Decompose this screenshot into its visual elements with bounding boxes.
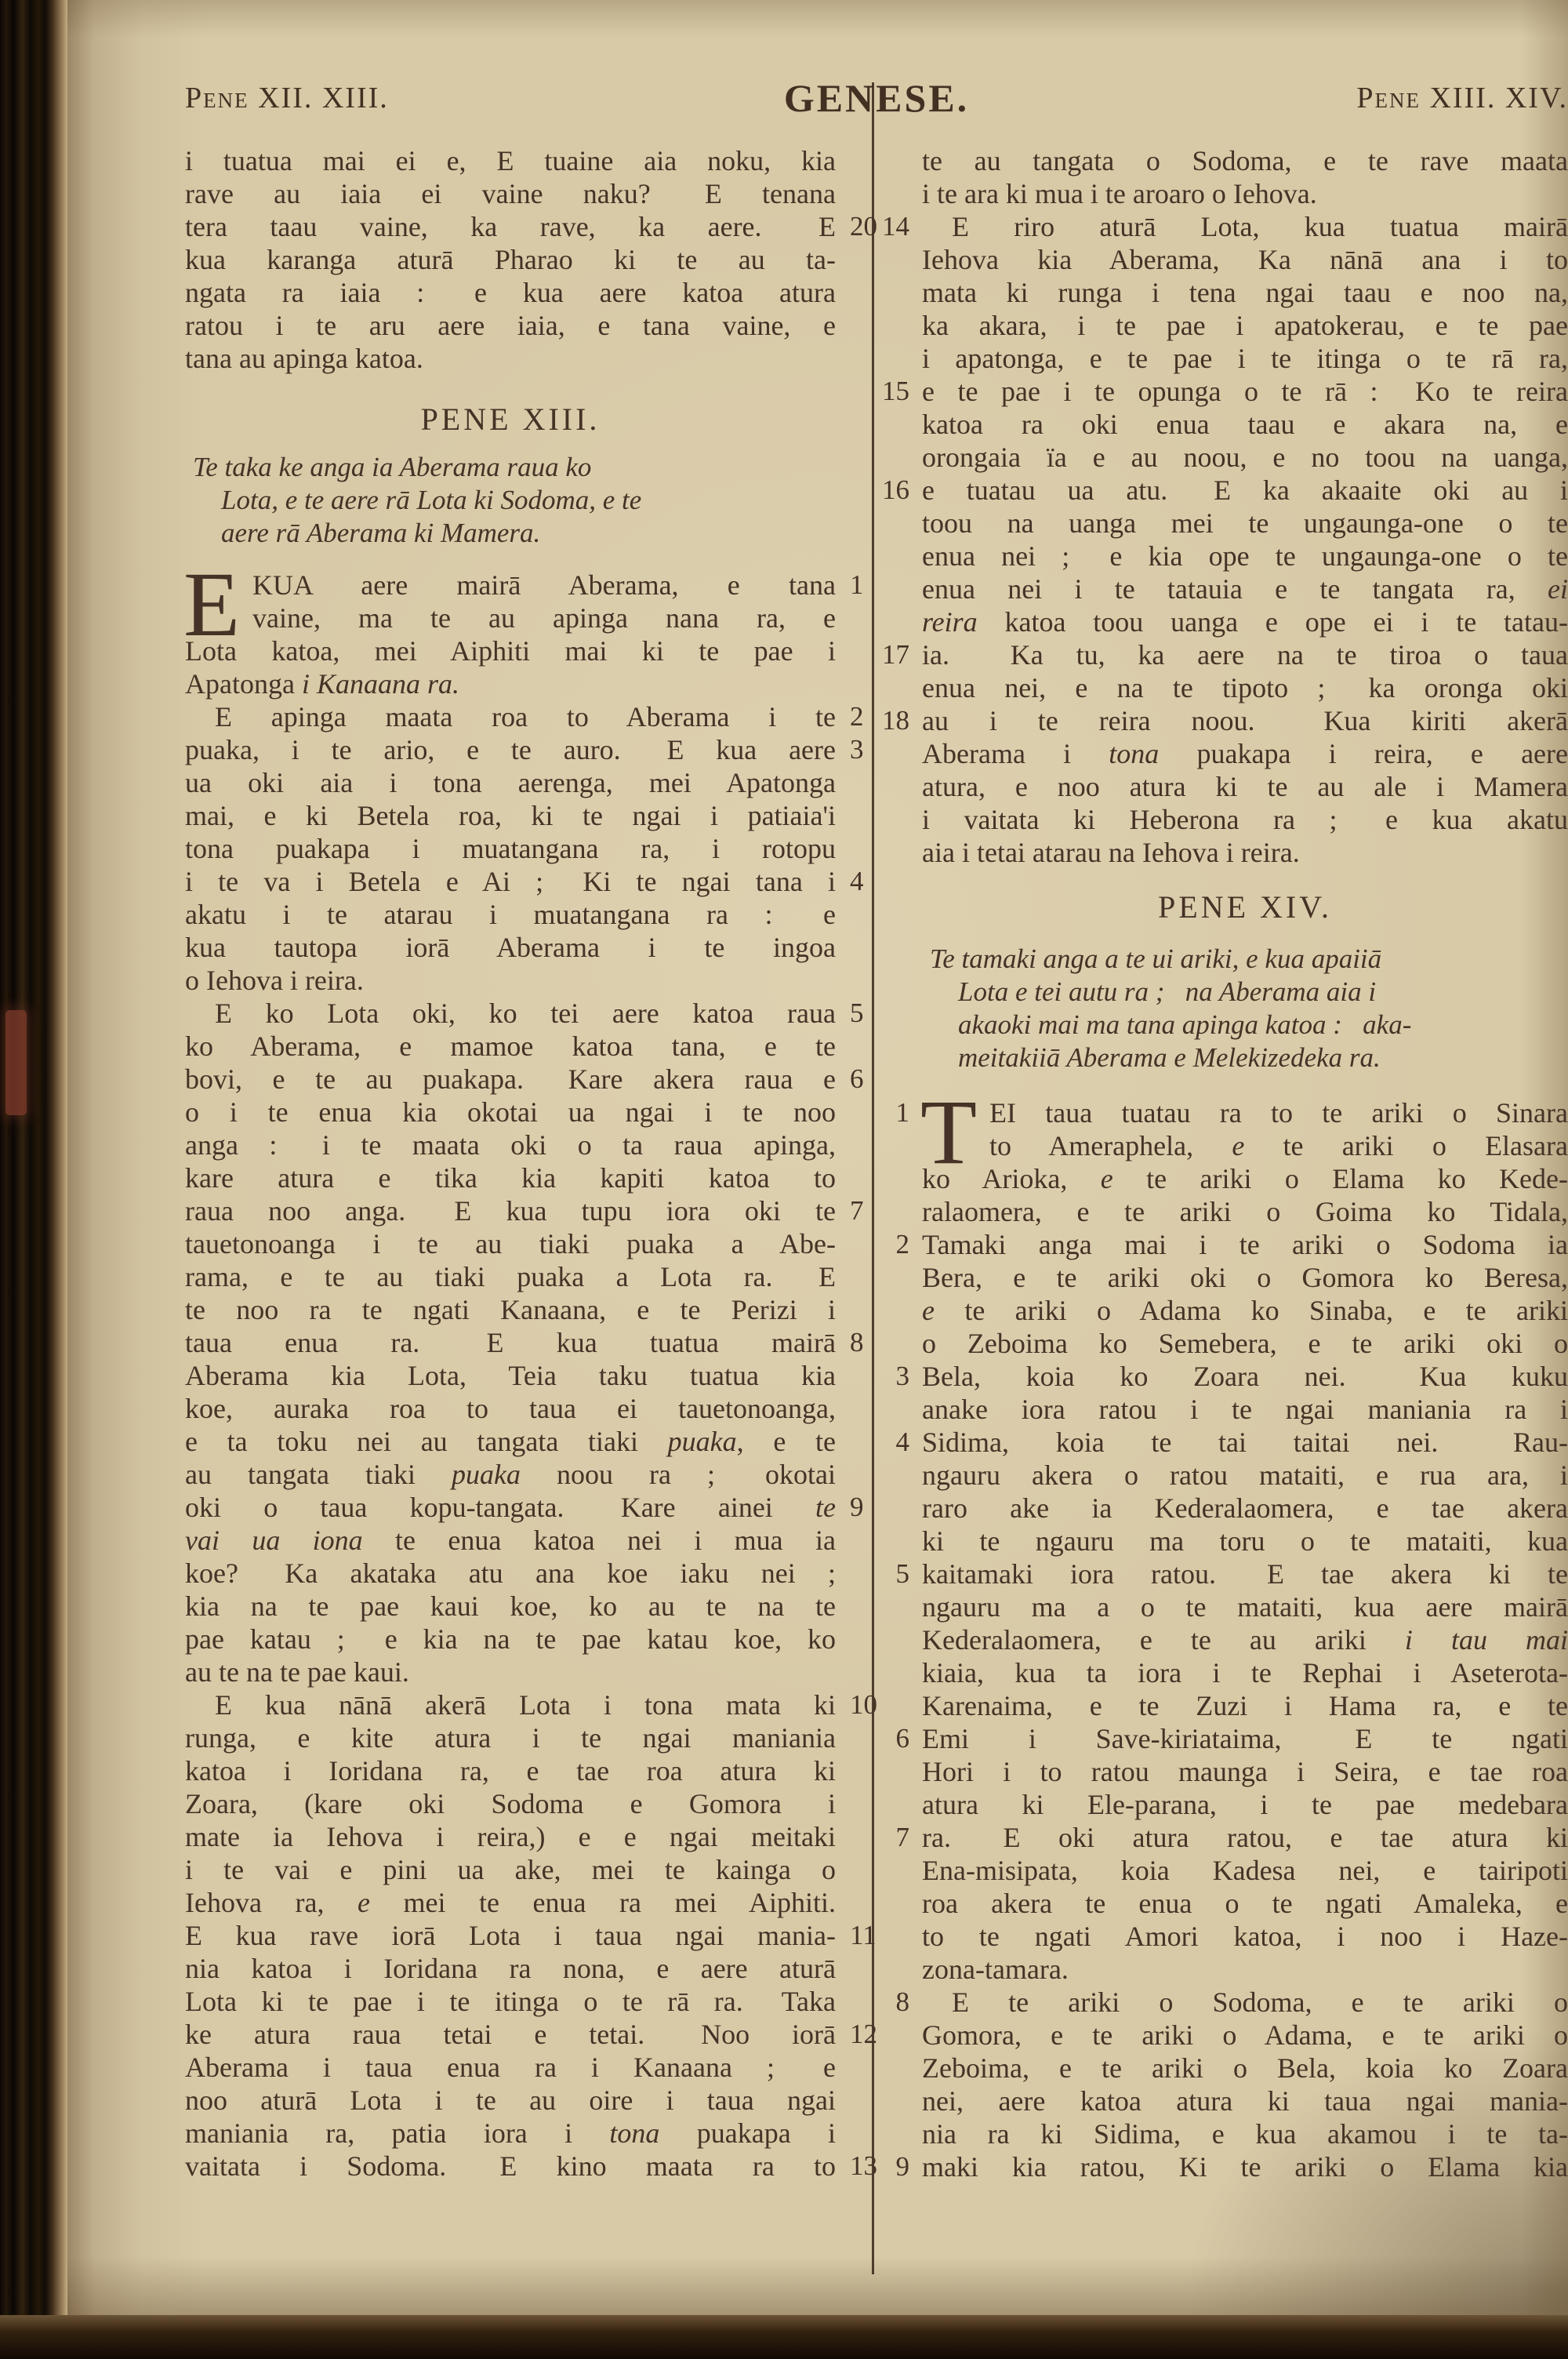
summary-line: Te tamaki anga a te ui ariki, e kua apai… xyxy=(922,943,1568,976)
text-line: Apatonga i Kanaana ra. xyxy=(185,667,836,700)
verse-number: 10 xyxy=(850,1688,877,1721)
verse-number: 8 xyxy=(896,1986,910,2019)
text-line: 5kaitamaki iora ratou. E tae akera ki te xyxy=(922,1558,1568,1590)
text-line: te noo ra te ngati Kanaana, e te Perizi … xyxy=(185,1293,836,1326)
text-line: 7raua noo anga. E kua tupu iora oki te xyxy=(185,1194,836,1227)
text-line: 7ra. E oki atura ratou, e tae atura ki xyxy=(922,1821,1568,1854)
text-line: Aberama i taua enua ra i Kanaana ; e xyxy=(185,2051,836,2084)
text-line: 3puaka, i te ario, e te auro. E kua aere xyxy=(185,733,836,766)
verse-number: 18 xyxy=(882,704,909,737)
verse-number: 11 xyxy=(850,1919,877,1952)
text-line: te au tangata o Sodoma, e te rave maata xyxy=(922,144,1568,177)
verse-paragraph: 2E apinga maata roa to Aberama i te3puak… xyxy=(185,700,836,997)
text-line: vai ua iona te enua katoa nei i mua ia xyxy=(185,1524,836,1557)
text-line: enua nei, e na te tipoto ; ka oronga oki xyxy=(922,671,1568,704)
chapter-heading: PENE XIV. xyxy=(922,889,1568,925)
text-line: 12ke atura raua tetai e tetai. Noo iorā xyxy=(185,2018,836,2051)
verse-number: 20 xyxy=(850,210,877,243)
verse-number: 9 xyxy=(896,2150,910,2183)
summary-line: Te taka ke anga ia Aberama raua ko xyxy=(185,451,836,484)
text-line: ka akara, i te pae i apatokerau, e te pa… xyxy=(922,309,1568,342)
text-line: 6bovi, e te au puakapa. Kare akera raua … xyxy=(185,1063,836,1096)
text-line: i vaitata ki Heberona ra ; e kua akatu xyxy=(922,803,1568,836)
text-line: 1EI taua tuatau ra to te ariki o Sinara xyxy=(922,1096,1568,1129)
text-line: 8taua enua ra. E kua tuatua mairā xyxy=(185,1326,836,1359)
text-line: 16e tuatau ua atu. E ka akaaite oki au i xyxy=(922,474,1568,507)
verse-paragraph: E1KUA aere mairā Aberama, e tanavaine, m… xyxy=(185,569,836,700)
text-line: o Zeboima ko Semebera, e te ariki oki o xyxy=(922,1327,1568,1360)
text-line: e ta toku nei au tangata tiaki puaka, e … xyxy=(185,1425,836,1458)
verse-number: 15 xyxy=(882,375,909,408)
text-line: nia ra ki Sidima, e kua akamou i te ta- xyxy=(922,2117,1568,2150)
text-line: raro ake ia Kederalaomera, e tae akera xyxy=(922,1492,1568,1525)
text-line: au te na te pae kaui. xyxy=(185,1656,836,1688)
text-line: aia i tetai atarau na Iehova i reira. xyxy=(922,836,1568,869)
verse-number: 1 xyxy=(896,1096,910,1129)
text-line: o i te enua kia okotai ua ngai i te noo xyxy=(185,1096,836,1129)
text-line: anake iora ratou i te ngai maniania ra i xyxy=(922,1393,1568,1426)
verse-number: 9 xyxy=(850,1491,864,1524)
text-line: zona-tamara. xyxy=(922,1953,1568,1986)
text-line: Lota katoa, mei Aiphiti mai ki te pae i xyxy=(185,634,836,667)
text-line: 15e te pae i te opunga o te rā : Ko te r… xyxy=(922,375,1568,408)
text-line: ralaomera, e te ariki o Goima ko Tidala, xyxy=(922,1195,1568,1228)
text-line: Bera, e te ariki oki o Gomora ko Beresa, xyxy=(922,1261,1568,1294)
text-line: i apatonga, e te pae i te itinga o te rā… xyxy=(922,342,1568,375)
text-line: Gomora, e te ariki o Adama, e te ariki o xyxy=(922,2019,1568,2052)
text-line: Aberama kia Lota, Teia taku tuatua kia xyxy=(185,1359,836,1392)
text-line: ngata ra iaia : e kua aere katoa atura xyxy=(185,276,836,309)
verse-paragraph: T1EI taua tuatau ra to te ariki o Sinara… xyxy=(922,1096,1568,1986)
text-line: 1KUA aere mairā Aberama, e tana xyxy=(185,569,836,602)
text-line: 18au i te reira noou. Kua kiriti akerā xyxy=(922,704,1568,737)
text-line: katoa ra oki enua taau e akara na, e xyxy=(922,408,1568,441)
text-line: 2Tamaki anga mai i te ariki o Sodoma ia xyxy=(922,1228,1568,1261)
verse-number: 6 xyxy=(850,1063,864,1096)
verse-paragraph: 5E ko Lota oki, ko tei aere katoa rauako… xyxy=(185,997,836,1688)
text-line: ko Arioka, e te ariki o Elama ko Kede- xyxy=(922,1162,1568,1195)
text-line: 3Bela, koia ko Zoara nei. Kua kuku xyxy=(922,1360,1568,1393)
text-line: Ena-misipata, koia Kadesa nei, e tairipo… xyxy=(922,1854,1568,1887)
verse-number: 7 xyxy=(896,1821,910,1854)
verse-paragraph: te au tangata o Sodoma, e te rave maatai… xyxy=(922,144,1568,210)
left-column: i tuatua mai ei e, E tuaine aia noku, ki… xyxy=(185,144,836,2183)
text-line: reira katoa toou uanga e ope ei i te tat… xyxy=(922,605,1568,638)
text-line: i tuatua mai ei e, E tuaine aia noku, ki… xyxy=(185,144,836,177)
text-line: nia katoa i Ioridana ra nona, e aere atu… xyxy=(185,1952,836,1985)
verse-paragraph: 14E riro aturā Lota, kua tuatua mairāIeh… xyxy=(922,210,1568,869)
book-binding-edge xyxy=(0,0,67,2359)
text-line: 11E kua rave iorā Lota i taua ngai mania… xyxy=(185,1919,836,1952)
text-line: 17ia. Ka tu, ka aere na te tiroa o taua xyxy=(922,638,1568,671)
text-line: noo aturā Lota i te au oire i taua ngai xyxy=(185,2084,836,2117)
verse-paragraph: i tuatua mai ei e, E tuaine aia noku, ki… xyxy=(185,144,836,375)
verse-number: 12 xyxy=(850,2018,877,2051)
running-header-right: Pene XIII. XIV. xyxy=(1356,81,1568,115)
text-line: Kederalaomera, e te au ariki i tau mai xyxy=(922,1623,1568,1656)
text-line: enua nei ; e kia ope te ungaunga-one o t… xyxy=(922,540,1568,572)
verse-number: 2 xyxy=(896,1228,910,1261)
text-line: ratou i te aru aere iaia, e tana vaine, … xyxy=(185,309,836,342)
summary-line: Lota e tei autu ra ; na Aberama aia i xyxy=(922,976,1568,1009)
text-line: 6Emi i Save-kiriataima, E te ngati xyxy=(922,1722,1568,1755)
chapter-summary: Te tamaki anga a te ui ariki, e kua apai… xyxy=(922,943,1568,1074)
text-line: ua oki aia i tona aerenga, mei Apatonga xyxy=(185,766,836,799)
verse-number: 5 xyxy=(850,997,864,1030)
text-line: kua karanga aturā Pharao ki te au ta- xyxy=(185,243,836,276)
verse-number: 17 xyxy=(882,638,909,671)
text-line: e te ariki o Adama ko Sinaba, e te ariki xyxy=(922,1294,1568,1327)
verse-number: 8 xyxy=(850,1326,864,1359)
text-line: Hori i to ratou maunga i Seira, e tae ro… xyxy=(922,1755,1568,1788)
summary-line: Lota, e te aere rā Lota ki Sodoma, e te xyxy=(185,484,836,517)
summary-line: meitakiiā Aberama e Melekizedeka ra. xyxy=(922,1041,1568,1074)
text-line: kia na te pae kaui koe, ko au te na te xyxy=(185,1590,836,1623)
text-line: mai, e ki Betela roa, ki te ngai i patia… xyxy=(185,799,836,832)
summary-line: akaoki mai ma tana apinga katoa : aka- xyxy=(922,1009,1568,1041)
text-line: 10E kua nānā akerā Lota i tona mata ki xyxy=(185,1688,836,1721)
text-line: to Ameraphela, e te ariki o Elasara xyxy=(922,1129,1568,1162)
text-line: tona puakapa i muatangana ra, i rotopu xyxy=(185,832,836,865)
verse-number: 4 xyxy=(896,1426,910,1459)
text-line: 9maki kia ratou, Ki te ariki o Elama kia xyxy=(922,2150,1568,2183)
text-line: 8E te ariki o Sodoma, e te ariki o xyxy=(922,1986,1568,2019)
text-line: i te vai e pini ua ake, mei te kainga o xyxy=(185,1853,836,1886)
text-line: pae katau ; e kia na te pae katau koe, k… xyxy=(185,1623,836,1656)
text-line: tauetonoanga i te au tiaki puaka a Abe- xyxy=(185,1227,836,1260)
text-line: nei, aere katoa atura ki taua ngai mania… xyxy=(922,2085,1568,2117)
verse-number: 3 xyxy=(896,1360,910,1393)
text-line: toou na uanga mei te ungaunga-one o te xyxy=(922,507,1568,540)
verse-paragraph: 8E te ariki o Sodoma, e te ariki oGomora… xyxy=(922,1986,1568,2183)
text-line: ngauru akera o ratou mataiti, e rua ara,… xyxy=(922,1459,1568,1492)
text-line: kare atura e tika kia kapiti katoa to xyxy=(185,1161,836,1194)
text-line: roa akera te enua o te ngati Amaleka, e xyxy=(922,1887,1568,1920)
text-line: o Iehova i reira. xyxy=(185,964,836,997)
text-line: to te ngati Amori katoa, i noo i Haze- xyxy=(922,1920,1568,1953)
verse-number: 4 xyxy=(850,865,864,898)
verse-number: 2 xyxy=(850,700,864,733)
text-line: Iehova kia Aberama, Ka nānā ana i to xyxy=(922,243,1568,276)
page-paper: Pene XII. XIII. GENESE. Pene XIII. XIV. … xyxy=(67,0,1568,2315)
text-line: Zoara, (kare oki Sodoma e Gomora i xyxy=(185,1787,836,1820)
text-line: Aberama i tona puakapa i reira, e aere xyxy=(922,737,1568,770)
verse-number: 1 xyxy=(850,569,864,602)
text-line: i te ara ki mua i te aroaro o Iehova. xyxy=(922,177,1568,210)
text-line: 2E apinga maata roa to Aberama i te xyxy=(185,700,836,733)
verse-number: 5 xyxy=(896,1558,910,1590)
text-line: 13vaitata i Sodoma. E kino maata ra to xyxy=(185,2150,836,2183)
text-line: 5E ko Lota oki, ko tei aere katoa raua xyxy=(185,997,836,1030)
text-line: maniania ra, patia iora i tona puakapa i xyxy=(185,2117,836,2150)
text-line: Zeboima, e te ariki o Bela, koia ko Zoar… xyxy=(922,2052,1568,2085)
text-line: kiaia, kua ta iora i te Rephai i Asetero… xyxy=(922,1656,1568,1689)
text-line: tana au apinga katoa. xyxy=(185,342,836,375)
text-line: au tangata tiaki puaka noou ra ; okotai xyxy=(185,1458,836,1491)
text-line: mata ki runga i tena ngai taau e noo na, xyxy=(922,276,1568,309)
verse-number: 16 xyxy=(882,474,909,507)
verse-number: 6 xyxy=(896,1722,910,1755)
text-line: 20tera taau vaine, ka rave, ka aere. E xyxy=(185,210,836,243)
text-line: atura ki Ele-parana, i te pae medebara xyxy=(922,1788,1568,1821)
text-line: enua nei i te tatauia e te tangata ra, e… xyxy=(922,572,1568,605)
text-line: Karenaima, e te Zuzi i Hama ra, e te xyxy=(922,1689,1568,1722)
text-line: 4i te va i Betela e Ai ; Ki te ngai tana… xyxy=(185,865,836,898)
right-column: te au tangata o Sodoma, e te rave maatai… xyxy=(922,144,1568,2183)
text-line: vaine, ma te au apinga nana ra, e xyxy=(185,602,836,634)
running-header: Pene XII. XIII. GENESE. Pene XIII. XIV. xyxy=(185,75,1568,119)
summary-line: aere rā Aberama ki Mamera. xyxy=(185,517,836,550)
binding-red-mark xyxy=(5,1010,27,1115)
text-line: koe, auraka roa to taua ei tauetonoanga, xyxy=(185,1392,836,1425)
verse-paragraph: 10E kua nānā akerā Lota i tona mata kiru… xyxy=(185,1688,836,2183)
text-line: anga : i te maata oki o ta raua apinga, xyxy=(185,1129,836,1161)
text-line: 14E riro aturā Lota, kua tuatua mairā xyxy=(922,210,1568,243)
text-line: rave au iaia ei vaine naku? E tenana xyxy=(185,177,836,210)
text-line: katoa i Ioridana ra, e tae roa atura ki xyxy=(185,1754,836,1787)
verse-number: 7 xyxy=(850,1194,864,1227)
text-line: ko Aberama, e mamoe katoa tana, e te xyxy=(185,1030,836,1063)
verse-number: 14 xyxy=(882,210,909,243)
text-line: ki te ngauru ma toru o te mataiti, kua xyxy=(922,1525,1568,1558)
text-line: 4Sidima, koia te tai taitai nei. Rau- xyxy=(922,1426,1568,1459)
chapter-summary: Te taka ke anga ia Aberama raua koLota, … xyxy=(185,451,836,550)
text-line: rama, e te au tiaki puaka a Lota ra. E xyxy=(185,1260,836,1293)
chapter-heading: PENE XIII. xyxy=(185,402,836,438)
table-surface xyxy=(0,2315,1568,2359)
verse-number: 3 xyxy=(850,733,864,766)
text-line: atura, e noo atura ki te au ale i Mamera xyxy=(922,770,1568,803)
text-line: runga, e kite atura i te ngai maniania xyxy=(185,1721,836,1754)
verse-number: 13 xyxy=(850,2150,877,2183)
text-line: koe? Ka akataka atu ana koe iaku nei ; xyxy=(185,1557,836,1590)
scanned-bible-page: Pene XII. XIII. GENESE. Pene XIII. XIV. … xyxy=(0,0,1568,2359)
text-line: mate ia Iehova i reira,) e e ngai meitak… xyxy=(185,1820,836,1853)
text-line: Lota ki te pae i te itinga o te rā ra. T… xyxy=(185,1985,836,2018)
text-line: orongaia ïa e au noou, e no toou na uang… xyxy=(922,441,1568,474)
text-line: ngauru ma a o te mataiti, kua aere mairā xyxy=(922,1590,1568,1623)
text-line: 9oki o taua kopu-tangata. Kare ainei te xyxy=(185,1491,836,1524)
text-line: akatu i te atarau i muatangana ra : e xyxy=(185,898,836,931)
text-line: Iehova ra, e mei te enua ra mei Aiphiti. xyxy=(185,1886,836,1919)
text-line: kua tautopa iorā Aberama i te ingoa xyxy=(185,931,836,964)
